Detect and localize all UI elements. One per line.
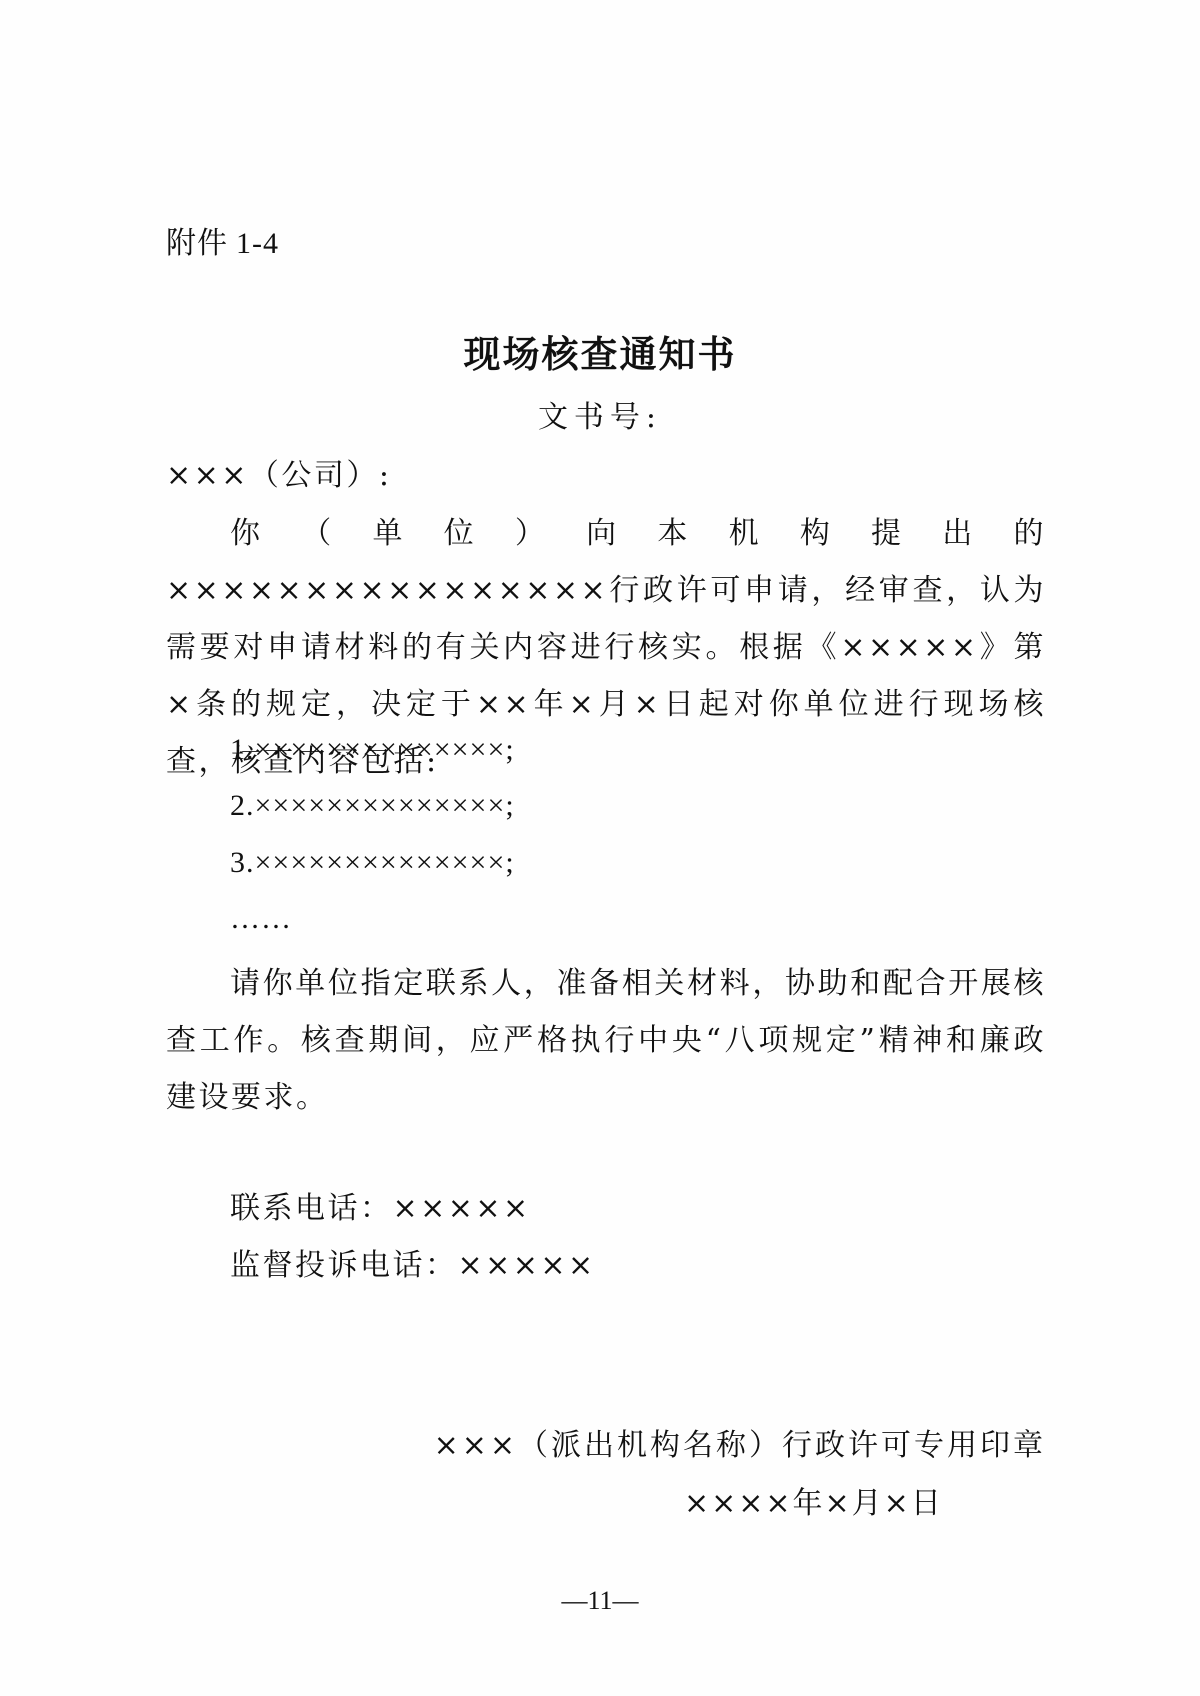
document-page: 附件1-4 现场核查通知书 文书号: ×××（公司）: 你（单位）向本机构提出的…: [0, 0, 1200, 1696]
list-item: 2.××××××××××××××;: [230, 789, 515, 823]
document-number-label: 文书号:: [0, 392, 1200, 436]
contact-phone: 联系电话：×××××: [230, 1183, 531, 1227]
page-number: —11—: [0, 1586, 1200, 1616]
complaint-phone: 监督投诉电话：×××××: [230, 1240, 596, 1284]
list-ellipsis: ……: [230, 902, 292, 936]
attachment-label-text: 附件: [166, 226, 228, 261]
attachment-label: 附件1-4: [166, 218, 279, 262]
issuer-seal: ×××（派出机构名称）行政许可专用印章: [434, 1420, 1046, 1464]
document-title: 现场核查通知书: [0, 324, 1200, 378]
issue-date: ××××年×月×日: [684, 1478, 943, 1522]
salutation: ×××（公司）:: [166, 450, 392, 494]
list-item: 3.××××××××××××××;: [230, 846, 515, 880]
list-item: 1.××××××××××××××;: [230, 733, 515, 767]
attachment-number: 1-4: [236, 227, 279, 260]
paragraph-requirements: 请你单位指定联系人，准备相关材料，协助和配合开展核查工作。核查期间，应严格执行中…: [166, 955, 1046, 1126]
